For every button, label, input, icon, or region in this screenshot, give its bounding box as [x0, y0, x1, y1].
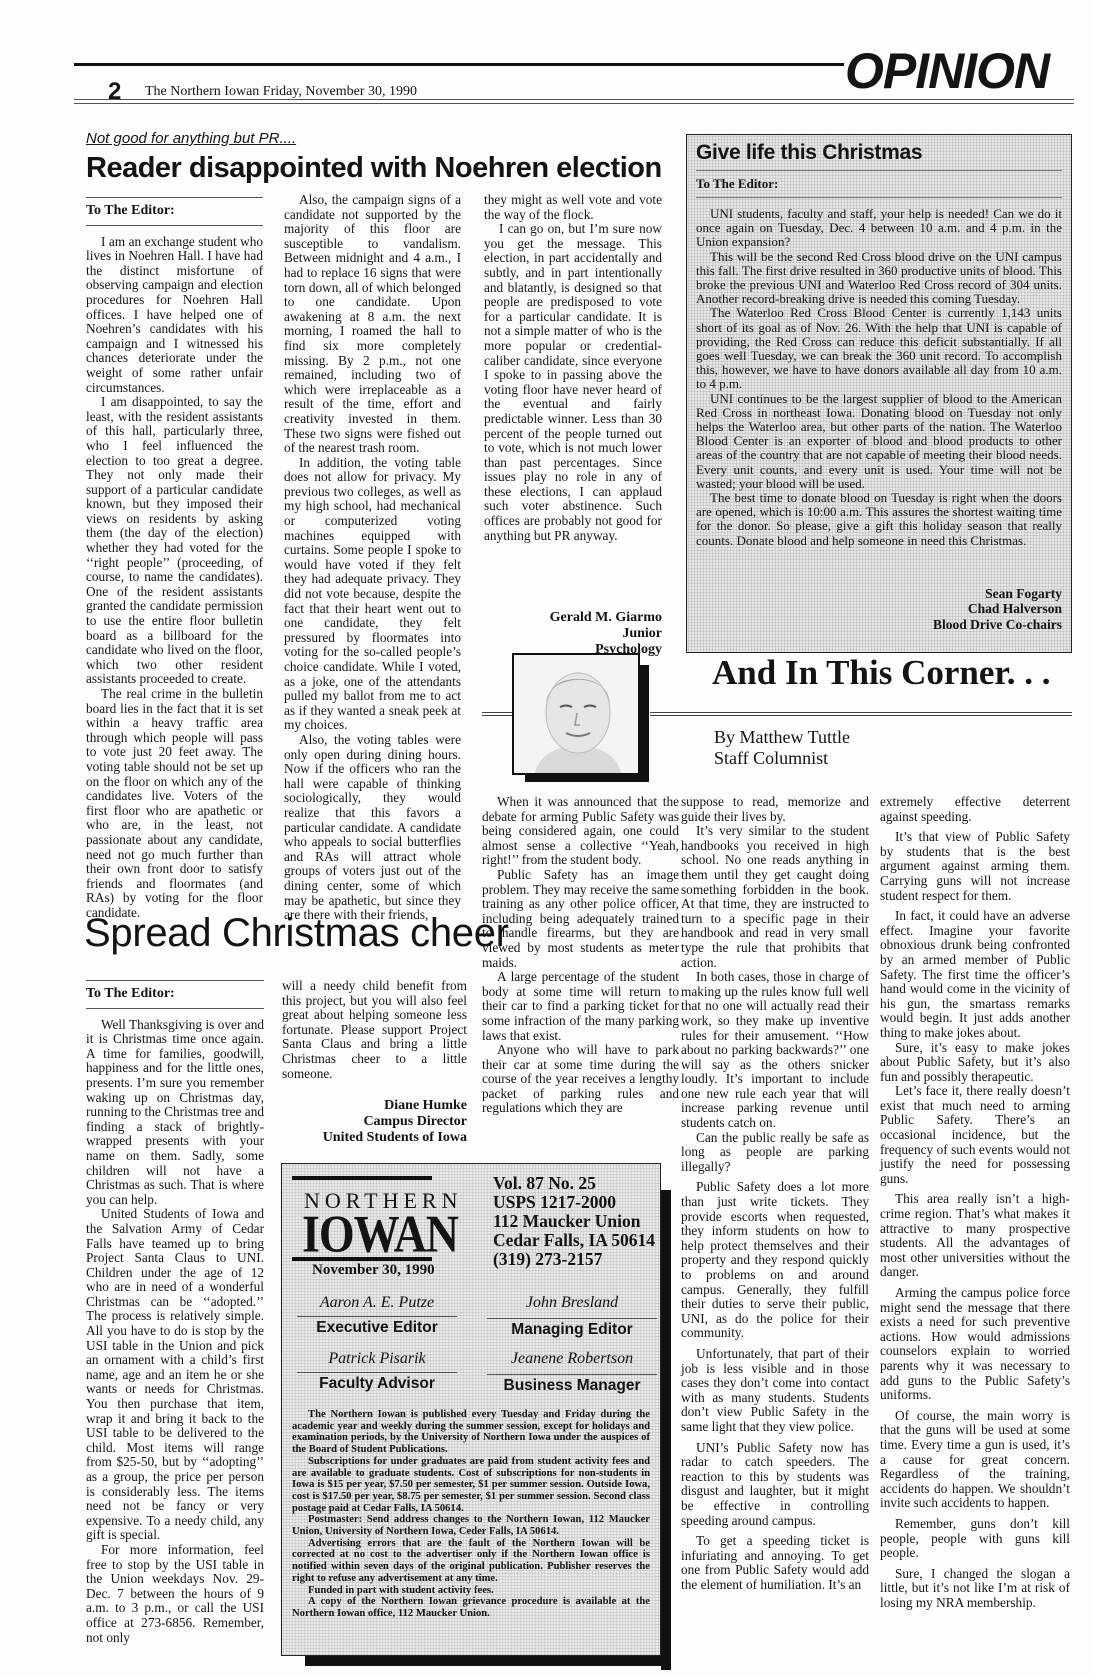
paragraph: Subscriptions for under graduates are pa… [292, 1456, 650, 1515]
flag-date: November 30, 1990 [312, 1262, 435, 1279]
paragraph: Also, the campaign signs of a candidate … [284, 193, 461, 456]
signature-year: Junior [500, 626, 662, 642]
paragraph: A large percentage of the student body a… [482, 970, 679, 1043]
paragraph: Public Safety does a lot more than just … [681, 1180, 869, 1341]
paragraph: Public Safety has an image problem. They… [482, 868, 679, 970]
paragraph: When it was announced that the debate fo… [482, 795, 679, 868]
paragraph: This area really isn’t a high-crime regi… [880, 1192, 1070, 1280]
staff-name-business-manager: Jeanene Robertson [492, 1350, 652, 1368]
photo-shadow [525, 775, 649, 782]
letter1-column-1: To The Editor: I am an exchange student … [86, 197, 263, 921]
letter2-column-1: To The Editor: Well Thanksgiving is over… [86, 980, 264, 1645]
byline-author: By Matthew Tuttle [714, 727, 850, 748]
staff-name-managing-editor: John Bresland [492, 1294, 652, 1312]
masthead-double-rule [74, 99, 1074, 104]
column-headline: And In This Corner. . . [712, 653, 1050, 693]
address-line-1: 112 Maucker Union [493, 1212, 655, 1231]
paragraph: The Waterloo Red Cross Blood Center is c… [696, 306, 1062, 391]
paragraph: will a needy child benefit from this pro… [282, 979, 467, 1081]
column-head-rule [650, 712, 1072, 716]
paragraph: Well Thanksgiving is over and it is Chri… [86, 1018, 264, 1208]
paragraph: Remember, guns don’t kill people, people… [880, 1517, 1070, 1561]
staff-title-managing-editor: Managing Editor [487, 1318, 657, 1339]
paragraph: To get a speeding ticket is infuriating … [681, 1534, 869, 1592]
paragraph: United Students of Iowa and the Salvatio… [86, 1207, 264, 1543]
paragraph: Anyone who will have to park their car a… [482, 1043, 679, 1116]
flag-rule-top [292, 1176, 432, 1180]
letter2-headline: Spread Christmas cheer [84, 911, 509, 956]
photo-shadow [640, 665, 649, 782]
staff-title-faculty-advisor: Faculty Advisor [297, 1372, 457, 1393]
usps: USPS 1217-2000 [493, 1193, 655, 1212]
signature-title: Campus Director [290, 1114, 467, 1130]
paragraph: I can go on, but I’m sure now you get th… [484, 222, 662, 543]
letter1-headline: Reader disappointed with Noehren electio… [86, 152, 662, 185]
paragraph: In addition, the voting table does not a… [284, 456, 461, 733]
paragraph: UNI continues to be the largest supplier… [696, 392, 1062, 491]
signature-title: Blood Drive Co-chairs [696, 617, 1062, 633]
photo-rule-left [482, 712, 512, 716]
paragraph: In both cases, those in charge of making… [681, 970, 869, 1131]
column-col-3: extremely effective deterrent against sp… [880, 795, 1070, 1610]
signature-name: Chad Halverson [696, 601, 1062, 617]
paragraph: Let’s face it, there really doesn’t exis… [880, 1084, 1070, 1186]
staff-name-executive-editor: Aaron A. E. Putze [302, 1294, 452, 1312]
flag-rule-bottom [292, 1257, 432, 1261]
signature-org: United Students of Iowa [290, 1130, 467, 1146]
signature-name: Gerald M. Giarmo [500, 610, 662, 626]
staff-box-shadow [661, 1190, 671, 1670]
staff-box: NORTHERN IOWAN November 30, 1990 Vol. 87… [281, 1163, 661, 1656]
letter1-column-2: Also, the campaign signs of a candidate … [284, 193, 461, 923]
paragraph: This will be the second Red Cross blood … [696, 250, 1062, 307]
address-line-2: Cedar Falls, IA 50614 [493, 1231, 655, 1250]
paragraph: Funded in part with student activity fee… [292, 1585, 650, 1597]
blood-drive-salutation: To The Editor: [696, 171, 1062, 198]
publication-info: Vol. 87 No. 25 USPS 1217-2000 112 Maucke… [493, 1174, 655, 1269]
staff-title-business-manager: Business Manager [487, 1374, 657, 1395]
columnist-photo [512, 653, 640, 775]
staff-box-shadow [305, 1656, 671, 1666]
paragraph: Unfortunately, that part of their job is… [681, 1347, 869, 1435]
portrait-icon [514, 655, 640, 775]
paragraph: In fact, it could have an adverse effect… [880, 909, 1070, 1040]
paragraph: they might as well vote and vote the way… [484, 193, 662, 222]
paragraph: suppose to read, memorize and guide thei… [681, 795, 869, 824]
paragraph: Postmaster: Send address changes to the … [292, 1514, 650, 1537]
letter1-signature: Gerald M. Giarmo Junior Psychology [500, 610, 662, 658]
column-col-2: suppose to read, memorize and guide thei… [681, 795, 869, 1592]
paragraph: For more information, feel free to stop … [86, 1543, 264, 1645]
paragraph: I am an exchange student who lives in No… [86, 235, 263, 396]
letter2-salutation: To The Editor: [86, 980, 264, 1009]
staff-name-faculty-advisor: Patrick Pisarik [302, 1350, 452, 1368]
paragraph: Arming the campus police force might sen… [880, 1286, 1070, 1403]
paragraph: UNI students, faculty and staff, your he… [696, 207, 1062, 250]
signature-name: Diane Humke [290, 1098, 467, 1114]
blood-drive-headline: Give life this Christmas [696, 141, 1062, 171]
paragraph: UNI’s Public Safety now has radar to cat… [681, 1441, 869, 1529]
paragraph: The best time to donate blood on Tuesday… [696, 491, 1062, 548]
paragraph: It’s that view of Public Safety by stude… [880, 830, 1070, 903]
paragraph: Can the public really be safe as long as… [681, 1131, 869, 1175]
paragraph: extremely effective deterrent against sp… [880, 795, 1070, 824]
publication-fine-print: The Northern Iowan is published every Tu… [292, 1409, 650, 1620]
section-title: OPINION [845, 46, 1049, 96]
paragraph: Sure, it’s easy to make jokes about Publ… [880, 1041, 1070, 1085]
paragraph: Also, the voting tables were only open d… [284, 733, 461, 923]
phone: (319) 273-2157 [493, 1250, 655, 1269]
signature-name: Sean Fogarty [696, 586, 1062, 602]
letter2-column-2: will a needy child benefit from this pro… [282, 979, 467, 1081]
blood-drive-letter-box: Give life this Christmas To The Editor: … [686, 134, 1072, 653]
flag-iowan: IOWAN [302, 1208, 458, 1261]
byline-role: Staff Columnist [714, 748, 850, 769]
paragraph: Of course, the main worry is that the gu… [880, 1409, 1070, 1511]
paragraph: The real crime in the bulletin board lie… [86, 687, 263, 921]
letter1-column-3: they might as well vote and vote the way… [484, 193, 662, 543]
paragraph: It’s very similar to the student handboo… [681, 824, 869, 970]
letter2-signature: Diane Humke Campus Director United Stude… [290, 1098, 467, 1146]
volume: Vol. 87 No. 25 [493, 1174, 655, 1193]
paragraph: A copy of the Northern Iowan grievance p… [292, 1596, 650, 1619]
column-col-1: When it was announced that the debate fo… [482, 795, 679, 1116]
paragraph: The Northern Iowan is published every Tu… [292, 1409, 650, 1456]
paragraph: Advertising errors that are the fault of… [292, 1538, 650, 1585]
letter1-salutation: To The Editor: [86, 197, 263, 226]
masthead-top-rule [74, 63, 844, 66]
paragraph: Sure, I changed the slogan a little, but… [880, 1567, 1070, 1611]
column-byline: By Matthew Tuttle Staff Columnist [714, 727, 850, 769]
paragraph: I am disappointed, to say the least, wit… [86, 395, 263, 687]
letter1-kicker: Not good for anything but PR.... [86, 130, 296, 147]
dateline: The Northern Iowan Friday, November 30, … [145, 84, 417, 100]
staff-title-executive-editor: Executive Editor [297, 1316, 457, 1337]
blood-drive-signature: Sean Fogarty Chad Halverson Blood Drive … [696, 586, 1062, 633]
